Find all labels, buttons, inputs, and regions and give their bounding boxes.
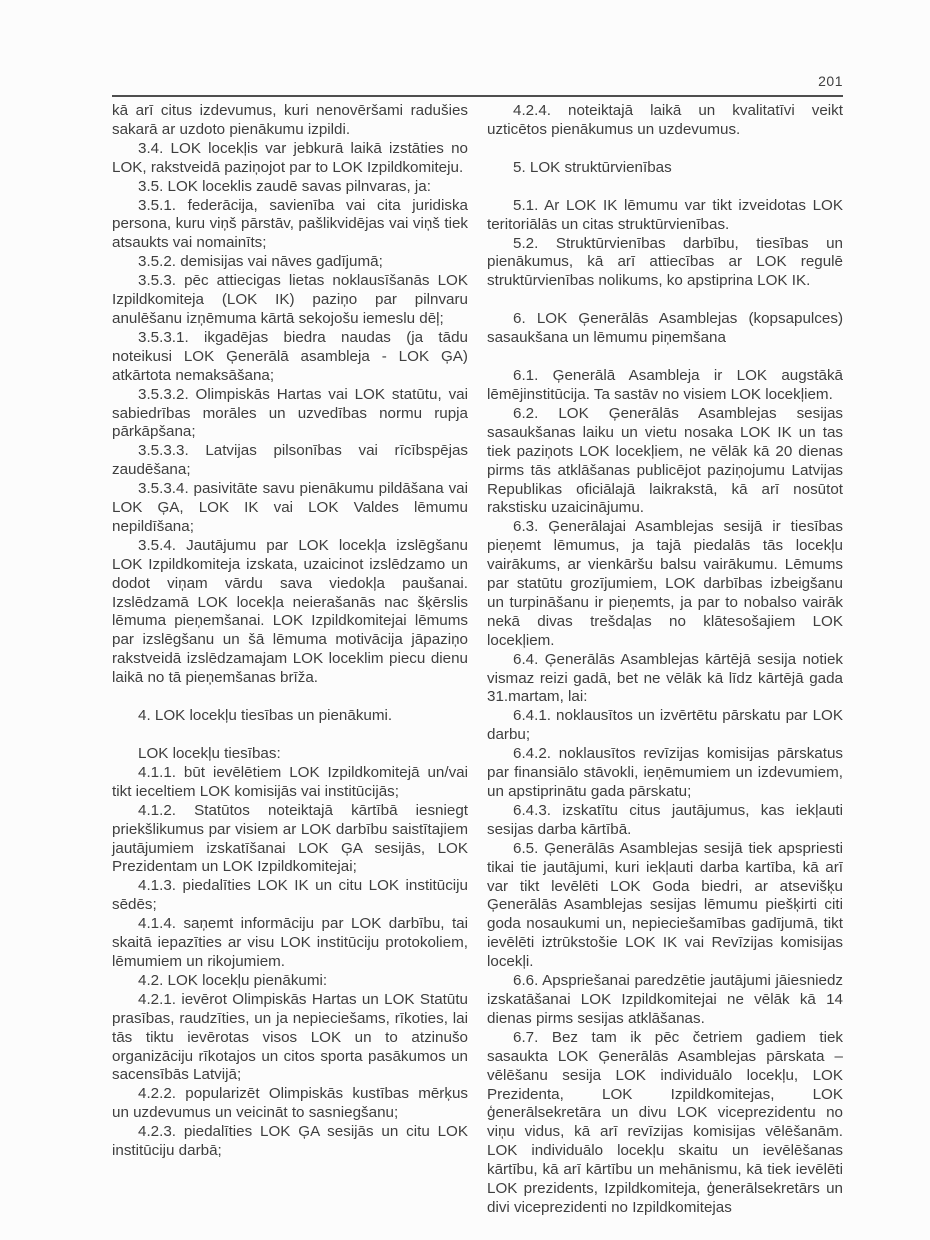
- paragraph: 5.1. Ar LOK IK lēmumu var tikt izveidota…: [487, 197, 843, 235]
- section-heading-5: 5. LOK struktūrvienības: [487, 159, 843, 178]
- paragraph: 3.5. LOK loceklis zaudē savas pilnvaras,…: [112, 178, 468, 197]
- document-page: 201 kā arī citus izdevumus, kuri nenovēr…: [0, 0, 930, 1240]
- section-heading-4: 4. LOK locekļu tiesības un pienākumi.: [112, 707, 468, 726]
- paragraph: 4.2.3. piedalīties LOK ĢA sesijās un cit…: [112, 1123, 468, 1161]
- paragraph: 4.2. LOK locekļu pienākumi:: [112, 972, 468, 991]
- paragraph: 3.5.4. Jautājumu par LOK locekļa izslēgš…: [112, 537, 468, 688]
- paragraph: 6.4.1. noklausītos un izvērtētu pārskatu…: [487, 707, 843, 745]
- paragraph: 3.5.3.2. Olimpiskās Hartas vai LOK statū…: [112, 386, 468, 443]
- paragraph: 4.1.1. būt ievēlētiem LOK Izpildkomitejā…: [112, 764, 468, 802]
- paragraph: 4.1.2. Statūtos noteiktajā kārtībā iesni…: [112, 802, 468, 878]
- paragraph: 6.3. Ģenerālajai Asamblejas sesijā ir ti…: [487, 518, 843, 650]
- paragraph: kā arī citus izdevumus, kuri nenovēršami…: [112, 102, 468, 140]
- paragraph: 6.5. Ģenerālās Asamblejas sesijā tiek ap…: [487, 840, 843, 972]
- page-number: 201: [818, 73, 843, 89]
- paragraph: 6.4.3. izskatītu citus jautājumus, kas i…: [487, 802, 843, 840]
- paragraph: 3.5.3. pēc attiecigas lietas noklausīšan…: [112, 272, 468, 329]
- paragraph: 3.5.3.4. pasivitāte savu pienākumu pildā…: [112, 480, 468, 537]
- section-heading-6: 6. LOK Ģenerālās Asamblejas (kopsapulces…: [487, 310, 843, 348]
- paragraph: 6.2. LOK Ģenerālās Asamblejas sesijas sa…: [487, 405, 843, 518]
- paragraph: 3.5.1. federācija, savienība vai cita ju…: [112, 197, 468, 254]
- paragraph: 3.5.2. demisijas vai nāves gadījumā;: [112, 253, 468, 272]
- paragraph: 6.6. Apspriešanai paredzētie jautājumi j…: [487, 972, 843, 1029]
- paragraph: 4.1.3. piedalīties LOK IK un citu LOK in…: [112, 877, 468, 915]
- paragraph: 4.2.1. ievērot Olimpiskās Hartas un LOK …: [112, 991, 468, 1086]
- subsection-heading-tiesibas: LOK locekļu tiesības:: [112, 745, 468, 764]
- header-rule: [112, 95, 843, 97]
- paragraph: 5.2. Struktūrvienības darbību, tiesības …: [487, 235, 843, 292]
- paragraph: 4.2.2. popularizēt Olimpiskās kustības m…: [112, 1085, 468, 1123]
- paragraph: 6.1. Ģenerālā Asambleja ir LOK augstākā …: [487, 367, 843, 405]
- text-columns: kā arī citus izdevumus, kuri nenovēršami…: [112, 102, 843, 1218]
- right-column: 4.2.4. noteiktajā laikā un kvalitatīvi v…: [487, 102, 843, 1218]
- paragraph: 6.7. Bez tam ik pēc četriem gadiem tiek …: [487, 1029, 843, 1218]
- paragraph: 4.1.4. saņemt informāciju par LOK darbīb…: [112, 915, 468, 972]
- left-column: kā arī citus izdevumus, kuri nenovēršami…: [112, 102, 468, 1161]
- paragraph: 3.5.3.1. ikgadējas biedra naudas (ja tād…: [112, 329, 468, 386]
- paragraph: 4.2.4. noteiktajā laikā un kvalitatīvi v…: [487, 102, 843, 140]
- paragraph: 3.5.3.3. Latvijas pilsonības vai rīcībsp…: [112, 442, 468, 480]
- paragraph: 6.4.2. noklausītos revīzijas komisijas p…: [487, 745, 843, 802]
- paragraph: 3.4. LOK locekļis var jebkurā laikā izst…: [112, 140, 468, 178]
- paragraph: 6.4. Ģenerālās Asamblejas kārtējā sesija…: [487, 651, 843, 708]
